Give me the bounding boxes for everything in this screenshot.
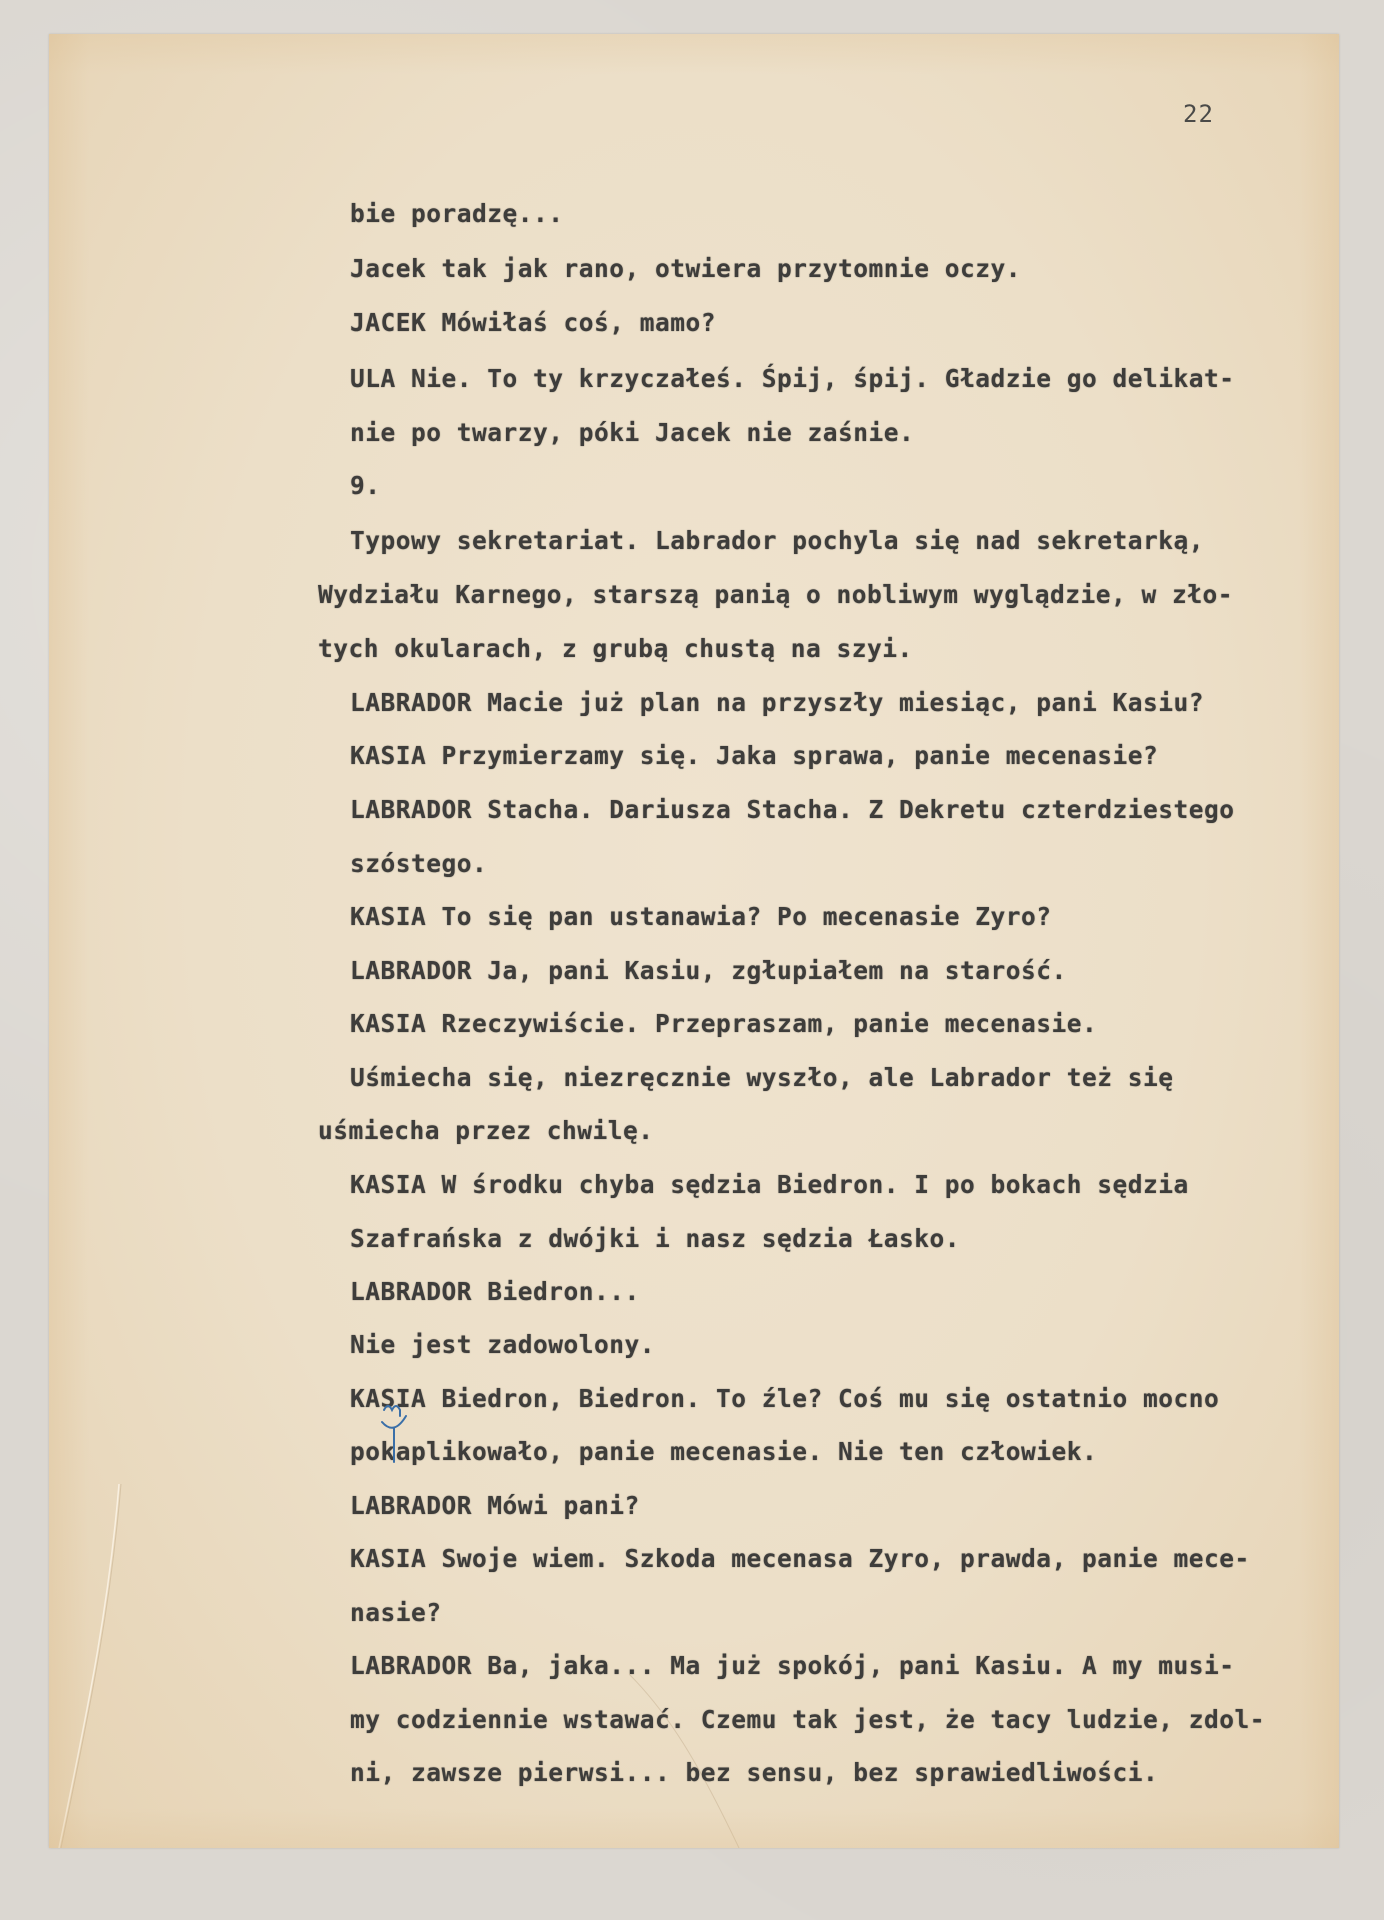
text-line: LABRADOR Biedron... (350, 1277, 640, 1306)
text-line: Jacek tak jak rano, otwiera przytomnie o… (350, 254, 1021, 283)
text-line: uśmiecha przez chwilę. (318, 1116, 654, 1145)
text-line: bie poradzę... (350, 199, 564, 228)
text-line: pokaplikowało, panie mecenasie. Nie ten … (350, 1437, 1097, 1466)
text-line: ULA Nie. To ty krzyczałeś. Śpij, śpij. G… (350, 364, 1235, 393)
text-line: Wydziału Karnego, starszą panią o nobliw… (318, 580, 1233, 609)
text-line: LABRADOR Macie już plan na przyszły mies… (350, 688, 1204, 717)
text-line: LABRADOR Ja, pani Kasiu, zgłupiałem na s… (350, 956, 1067, 985)
text-line: KASIA Przymierzamy się. Jaka sprawa, pan… (350, 741, 1158, 770)
text-line: KASIA To się pan ustanawia? Po mecenasie… (350, 902, 1052, 931)
text-line: LABRADOR Stacha. Dariusza Stacha. Z Dekr… (350, 795, 1235, 824)
text-line: tych okularach, z grubą chustą na szyi. (318, 634, 913, 663)
text-line: LABRADOR Mówi pani? (350, 1491, 640, 1520)
text-line: KASIA Swoje wiem. Szkoda mecenasa Zyro, … (350, 1544, 1250, 1573)
typewritten-page (49, 34, 1339, 1848)
correction-mark-icon (378, 1400, 438, 1480)
paper-crease (49, 1484, 169, 1848)
handwritten-correction (378, 1400, 438, 1480)
text-line: JACEK Mówiłaś coś, mamo? (350, 308, 716, 337)
text-line: KASIA W środku chyba sędzia Biedron. I p… (350, 1170, 1189, 1199)
text-line: nie po twarzy, póki Jacek nie zaśnie. (350, 418, 914, 447)
text-line: nasie? (350, 1598, 442, 1627)
text-line: my codziennie wstawać. Czemu tak jest, ż… (350, 1705, 1265, 1734)
text-line: ni, zawsze pierwsi... bez sensu, bez spr… (350, 1758, 1158, 1787)
text-line: KASIA Biedron, Biedron. To źle? Coś mu s… (350, 1384, 1219, 1413)
text-line: KASIA Rzeczywiście. Przepraszam, panie m… (350, 1009, 1097, 1038)
text-line: szóstego. (350, 849, 487, 878)
text-line: Szafrańska z dwójki i nasz sędzia Łasko. (350, 1224, 960, 1253)
text-line: Uśmiecha się, niezręcznie wyszło, ale La… (350, 1063, 1174, 1092)
text-line: LABRADOR Ba, jaka... Ma już spokój, pani… (350, 1651, 1235, 1680)
text-line: 9. (350, 471, 381, 500)
page-number: 22 (1183, 100, 1214, 128)
text-line: Typowy sekretariat. Labrador pochyla się… (350, 526, 1204, 555)
text-line: Nie jest zadowolony. (350, 1330, 655, 1359)
